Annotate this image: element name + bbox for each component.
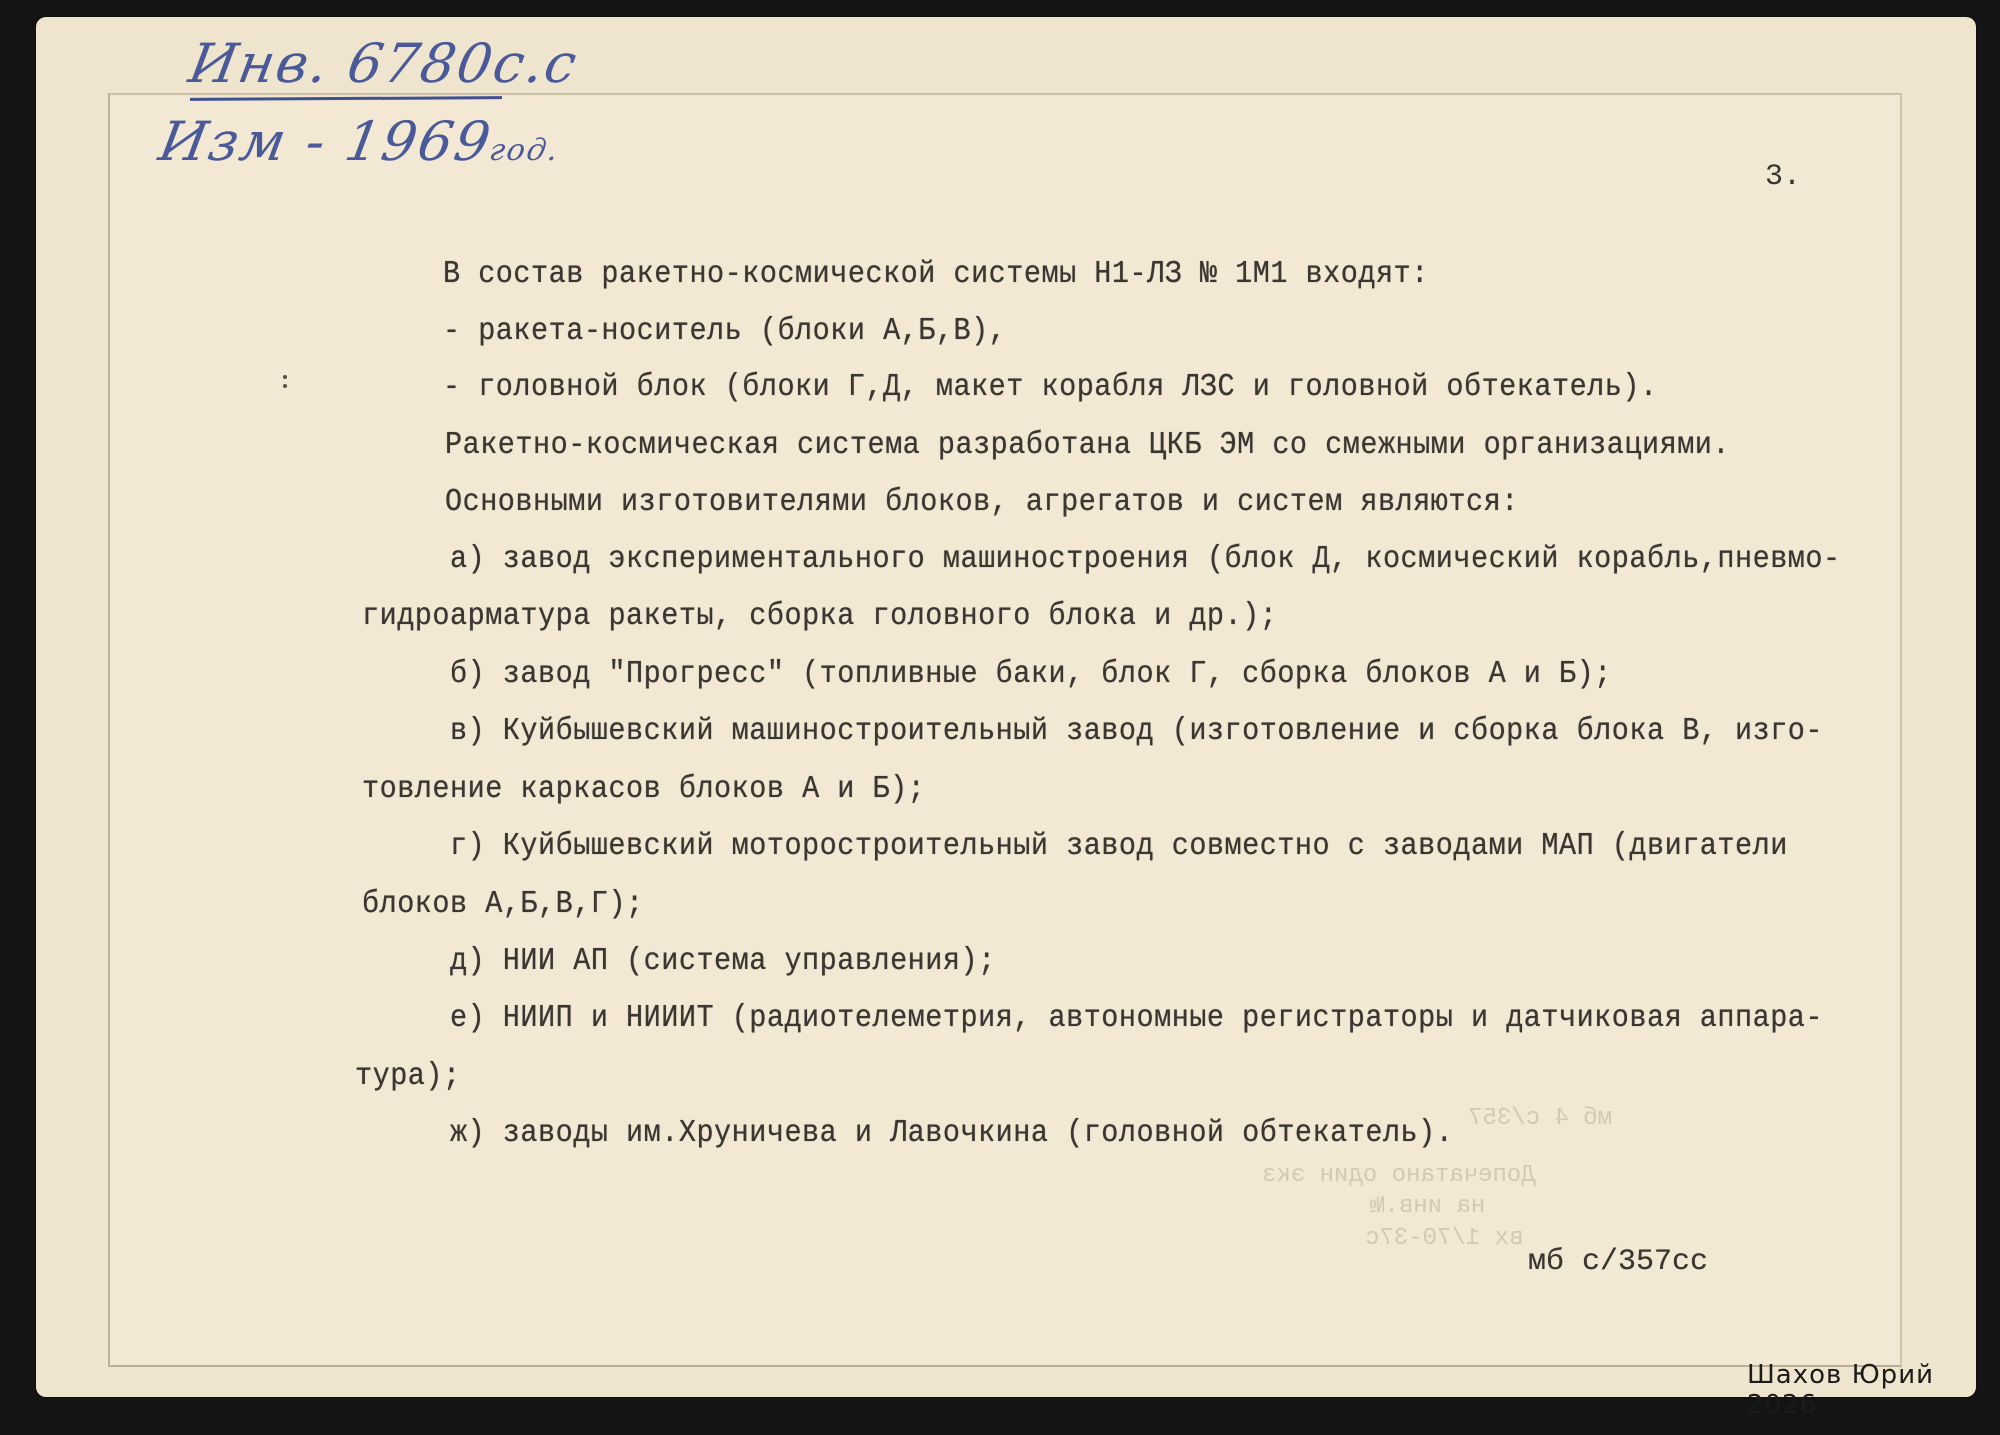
list-item-v: в) Куйбышевский машиностроительный завод…	[450, 712, 1823, 749]
list-item-v-cont: товление каркасов блоков А и Б);	[362, 770, 925, 807]
author-watermark: Шахов Юрий 2026	[1747, 1360, 2000, 1420]
list-item-g-cont: блоков А,Б,В,Г);	[362, 885, 644, 922]
bleed-through-line-4: вх 1/70-37с	[1365, 1225, 1523, 1252]
body-line-4: Ракетно-космическая система разработана …	[445, 426, 1730, 463]
list-item-e-cont: тура);	[355, 1057, 461, 1094]
bleed-through-line-3: на инв.№	[1370, 1193, 1485, 1220]
body-line-1: В состав ракетно-космической системы Н1-…	[443, 255, 1429, 292]
list-item-d: д) НИИ АП (система управления);	[450, 942, 996, 979]
body-line-2: - ракета-носитель (блоки А,Б,В),	[443, 312, 1006, 349]
body-line-5: Основными изготовителями блоков, агрегат…	[445, 483, 1519, 520]
edition-main: Изм - 1969	[154, 110, 496, 173]
inventory-handwritten-note: Инв. 6780с.с	[184, 32, 583, 95]
list-item-zh: ж) заводы им.Хруничева и Лавочкина (голо…	[450, 1114, 1453, 1151]
bleed-through-line-2: Допечатано один экз	[1262, 1162, 1536, 1189]
reference-mark: мб с/357сс	[1528, 1245, 1708, 1279]
list-item-b: б) завод "Прогресс" (топливные баки, бло…	[450, 655, 1612, 692]
edition-suffix: год.	[487, 133, 563, 168]
edition-handwritten-note: Изм - 1969год.	[154, 110, 566, 173]
list-item-g: г) Куйбышевский моторостроительный завод…	[450, 827, 1788, 864]
list-item-a: а) завод экспериментального машиностроен…	[450, 540, 1841, 577]
margin-specks	[283, 375, 289, 397]
page-number: 3.	[1765, 160, 1801, 194]
body-line-3: - головной блок (блоки Г,Д, макет корабл…	[443, 368, 1658, 405]
bleed-through-line-1: мб 4 с/357	[1468, 1105, 1612, 1132]
list-item-a-cont: гидроарматура ракеты, сборка головного б…	[362, 597, 1277, 634]
list-item-e: е) НИИП и НИИИТ (радиотелеметрия, автоно…	[450, 999, 1823, 1036]
